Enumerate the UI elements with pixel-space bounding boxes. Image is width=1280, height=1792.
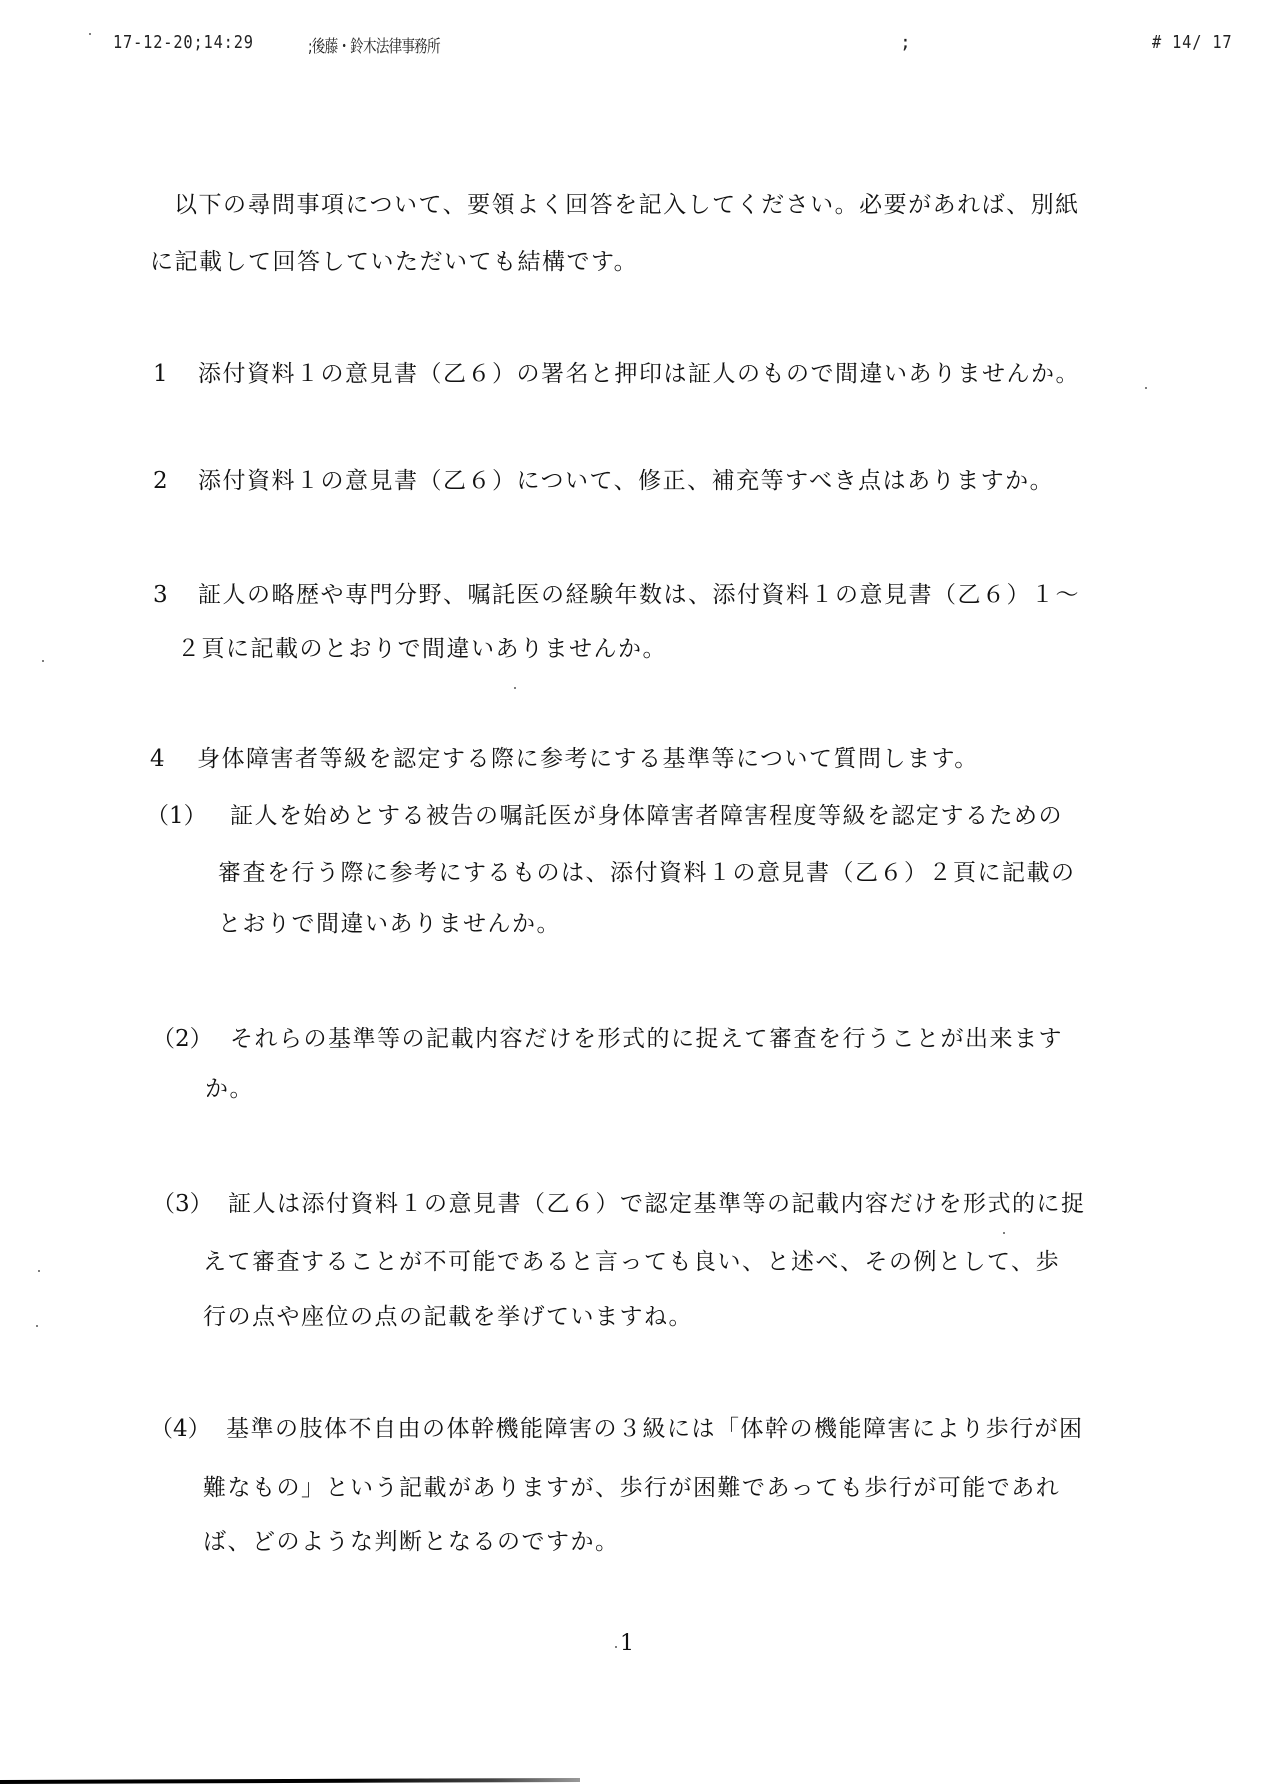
scan-speck [42,660,44,662]
sub-question-line-1: 証人を始めとする被告の嘱託医が身体障害者障害程度等級を認定するための [230,805,1063,828]
sub-question-line-2: えて審査することが不可能であると言っても良い、と述べ、その例として、歩 [203,1251,1060,1274]
sub-question-number: （4） [150,1418,211,1441]
scan-speck [1003,1232,1005,1234]
scan-speck [38,1270,40,1272]
sub-question-line-3: ば、どのような判断となるのですか。 [203,1531,620,1554]
scan-speck [514,687,516,689]
sub-question-number: （1） [146,805,207,828]
intro-line-1: 以下の尋問事項について、要領よく回答を記入してください。必要があれば、別紙 [174,194,1080,217]
question-number: 2 [153,470,168,493]
scan-speck [89,33,91,35]
sub-question-line-1: 証人は添付資料１の意見書（乙６）で認定基準等の記載内容だけを形式的に捉 [228,1193,1086,1216]
fax-sender: ;後藤・鈴木法律事務所 [308,32,440,57]
question-number: 4 [150,748,165,771]
question-text: 身体障害者等級を認定する際に参考にする基準等について質問します。 [197,748,979,771]
question-number: 3 [153,584,168,607]
sub-question-line-2: 審査を行う際に参考にするものは、添付資料１の意見書（乙６）２頁に記載の [218,862,1076,885]
fax-header: 17-12-20;14:29 ;後藤・鈴木法律事務所 ; # 14/ 17 [0,28,1280,58]
intro-line-2: に記載して回答していただいても結構です。 [150,251,638,274]
sub-question-number: （3） [152,1193,213,1216]
scan-speck [1145,387,1147,389]
question-text-line-1: 証人の略歴や専門分野、嘱託医の経験年数は、添付資料１の意見書（乙６）１～ [198,584,1080,607]
sub-question-line-1: それらの基準等の記載内容だけを形式的に捉えて審査を行うことが出来ます [230,1028,1063,1051]
scan-speck [36,1325,38,1327]
question-text-line-2: ２頁に記載のとおりで間違いありませんか。 [177,638,667,661]
sub-question-line-3: 行の点や座位の点の記載を挙げていますね。 [203,1306,693,1329]
fax-page-count: # 14/ 17 [1152,32,1232,53]
fax-edge-line [0,1778,580,1784]
scan-speck [615,1646,617,1648]
fax-separator: ; [900,32,912,53]
question-text: 添付資料１の意見書（乙６）について、修正、補充等すべき点はありますか。 [198,470,1054,493]
question-number: 1 [153,363,168,386]
sub-question-line-2: 難なもの」という記載がありますが、歩行が困難であっても歩行が可能であれ [203,1477,1060,1500]
sub-question-line-2: か。 [205,1078,254,1101]
fax-timestamp: 17-12-20;14:29 [113,32,254,53]
sub-question-line-3: とおりで間違いありませんか。 [218,913,561,936]
sub-question-number: （2） [152,1028,213,1051]
question-text: 添付資料１の意見書（乙６）の署名と押印は証人のもので間違いありませんか。 [198,363,1080,386]
sub-question-line-1: 基準の肢体不自由の体幹機能障害の３級には「体幹の機能障害により歩行が困 [226,1418,1084,1441]
page-number: 1 [620,1633,634,1655]
